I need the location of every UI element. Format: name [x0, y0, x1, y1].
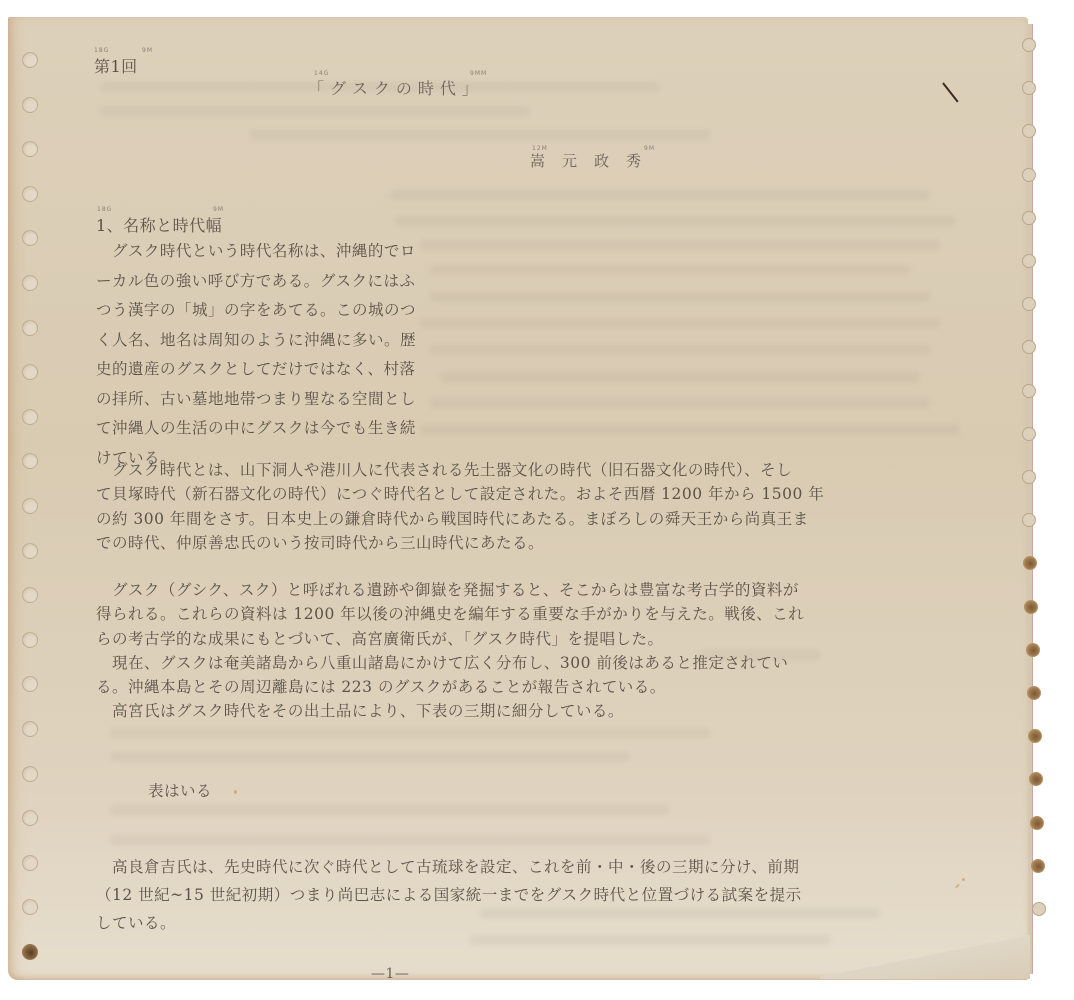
body-text-line: （12 世紀~15 世紀初期）つまり尚巴志による国家統一までをグスク時代と位置づ…: [96, 883, 802, 905]
body-text-line: 得られる。これらの資料は 1200 年以後の沖縄史を編年する重要な手がかりを与え…: [96, 602, 804, 624]
feed-hole: [1022, 254, 1036, 268]
show-through-line: [480, 908, 880, 918]
body-text-line: している。: [96, 911, 176, 933]
feed-hole: [22, 944, 38, 960]
feed-hole: [1022, 513, 1036, 527]
document-title: 「グスクの時代」: [308, 76, 484, 99]
show-through-line: [440, 372, 920, 382]
feed-hole: [22, 855, 38, 871]
show-through-line: [395, 216, 955, 226]
body-text-line: る。沖縄本島とその周辺離島には 223 のグスクがあることが報告されている。: [96, 675, 666, 697]
body-text-line: グスク時代とは、山下洞人や港川人に代表される先土器文化の時代（旧石器文化の時代）…: [112, 458, 792, 480]
feed-hole: [1024, 600, 1038, 614]
feed-hole: [22, 543, 38, 559]
show-through-line: [100, 106, 530, 116]
feed-hole: [22, 766, 38, 782]
feed-hole: [1023, 556, 1037, 570]
feed-hole: [1022, 340, 1036, 354]
typesetting-mark: 18G: [97, 206, 112, 213]
body-text-line: の約 300 年間をさす。日本史上の鎌倉時代から戦国時代にあたる。まぼろしの舜天…: [96, 507, 809, 529]
body-text-line: つう漢字の「城」の字をあてる。この城のつ: [96, 298, 416, 320]
typesetting-mark: 18G: [94, 47, 109, 54]
body-text-line: 高良倉吉氏は、先史時代に次ぐ時代として古琉球を設定、これを前・中・後の三期に分け…: [112, 855, 799, 877]
show-through-line: [430, 398, 930, 408]
show-through-line: [110, 835, 710, 845]
feed-hole: [1028, 729, 1042, 743]
feed-hole: [22, 409, 38, 425]
feed-hole: [1022, 81, 1036, 95]
show-through-line: [430, 265, 910, 275]
feed-hole: [1027, 686, 1041, 700]
body-text-line: て貝塚時代（新石器文化の時代）につぐ時代名として設定された。およそ西暦 1200…: [96, 482, 824, 504]
body-text-line: の拝所、古い墓地地帯つまり聖なる空間とし: [96, 387, 416, 409]
body-text-line: らの考古学的な成果にもとづいて、高宮廣衛氏が、「グスク時代」を提唱した。: [96, 627, 663, 649]
feed-hole: [1026, 643, 1040, 657]
feed-hole: [1022, 470, 1036, 484]
feed-hole: [22, 632, 38, 648]
typesetting-mark: 9M: [142, 47, 153, 54]
paper-stain: [962, 878, 965, 881]
show-through-line: [250, 130, 710, 140]
feed-hole: [22, 52, 38, 68]
body-text-line: グスク時代という時代名称は、沖縄的でロ: [112, 239, 416, 261]
section-heading: 1、名称と時代幅: [96, 213, 222, 236]
show-through-line: [430, 292, 930, 302]
show-through-line: [430, 345, 930, 355]
feed-hole: [22, 721, 38, 737]
feed-hole: [1022, 384, 1036, 398]
show-through-line: [420, 318, 940, 328]
body-text-line: く人名、地名は周知のように沖縄に多い。歴: [96, 328, 416, 350]
author-name: 嵩元政秀: [530, 150, 658, 171]
show-through-line: [110, 805, 670, 815]
show-through-line: [110, 752, 630, 762]
feed-hole: [22, 320, 38, 336]
feed-hole: [1022, 297, 1036, 311]
feed-hole: [22, 97, 38, 113]
body-text-line: 史的遺産のグスクとしてだけではなく、村落: [96, 357, 416, 379]
body-text-line: グスク（グシク、スク）と呼ばれる遺跡や御嶽を発掘すると、そこからは豊富な考古学的…: [112, 578, 799, 600]
feed-hole: [1022, 427, 1036, 441]
show-through-line: [420, 240, 940, 250]
feed-hole: [1030, 816, 1044, 830]
page-number: —1—: [371, 966, 409, 982]
feed-hole: [22, 186, 38, 202]
feed-hole: [1022, 211, 1036, 225]
feed-hole: [1029, 772, 1043, 786]
feed-hole: [1022, 38, 1036, 52]
feed-hole: [1032, 902, 1046, 916]
show-through-line: [470, 935, 830, 945]
session-label: 第1回: [94, 54, 138, 77]
feed-hole: [22, 498, 38, 514]
feed-hole: [1031, 859, 1045, 873]
table-placeholder-note: 表はいる: [148, 779, 212, 801]
feed-hole: [22, 275, 38, 291]
show-through-line: [390, 190, 930, 200]
feed-hole: [1022, 124, 1036, 138]
body-text-line: ーカル色の強い呼び方である。グスクにはふ: [96, 269, 416, 291]
paper-stain: [234, 790, 237, 794]
body-text-line: て沖縄人の生活の中にグスクは今でも生き続: [96, 416, 416, 438]
body-text-line: での時代、仲原善忠氏のいう按司時代から三山時代にあたる。: [96, 531, 544, 553]
feed-hole: [1022, 168, 1036, 182]
typesetting-mark: 9M: [213, 206, 224, 213]
show-through-line: [110, 728, 710, 738]
body-text-line: 高宮氏はグスク時代をその出土品により、下表の三期に細分している。: [112, 699, 624, 721]
show-through-line: [420, 425, 960, 435]
body-text-line: 現在、グスクは奄美諸島から八重山諸島にかけて広く分布し、300 前後はあると推定…: [112, 651, 788, 673]
